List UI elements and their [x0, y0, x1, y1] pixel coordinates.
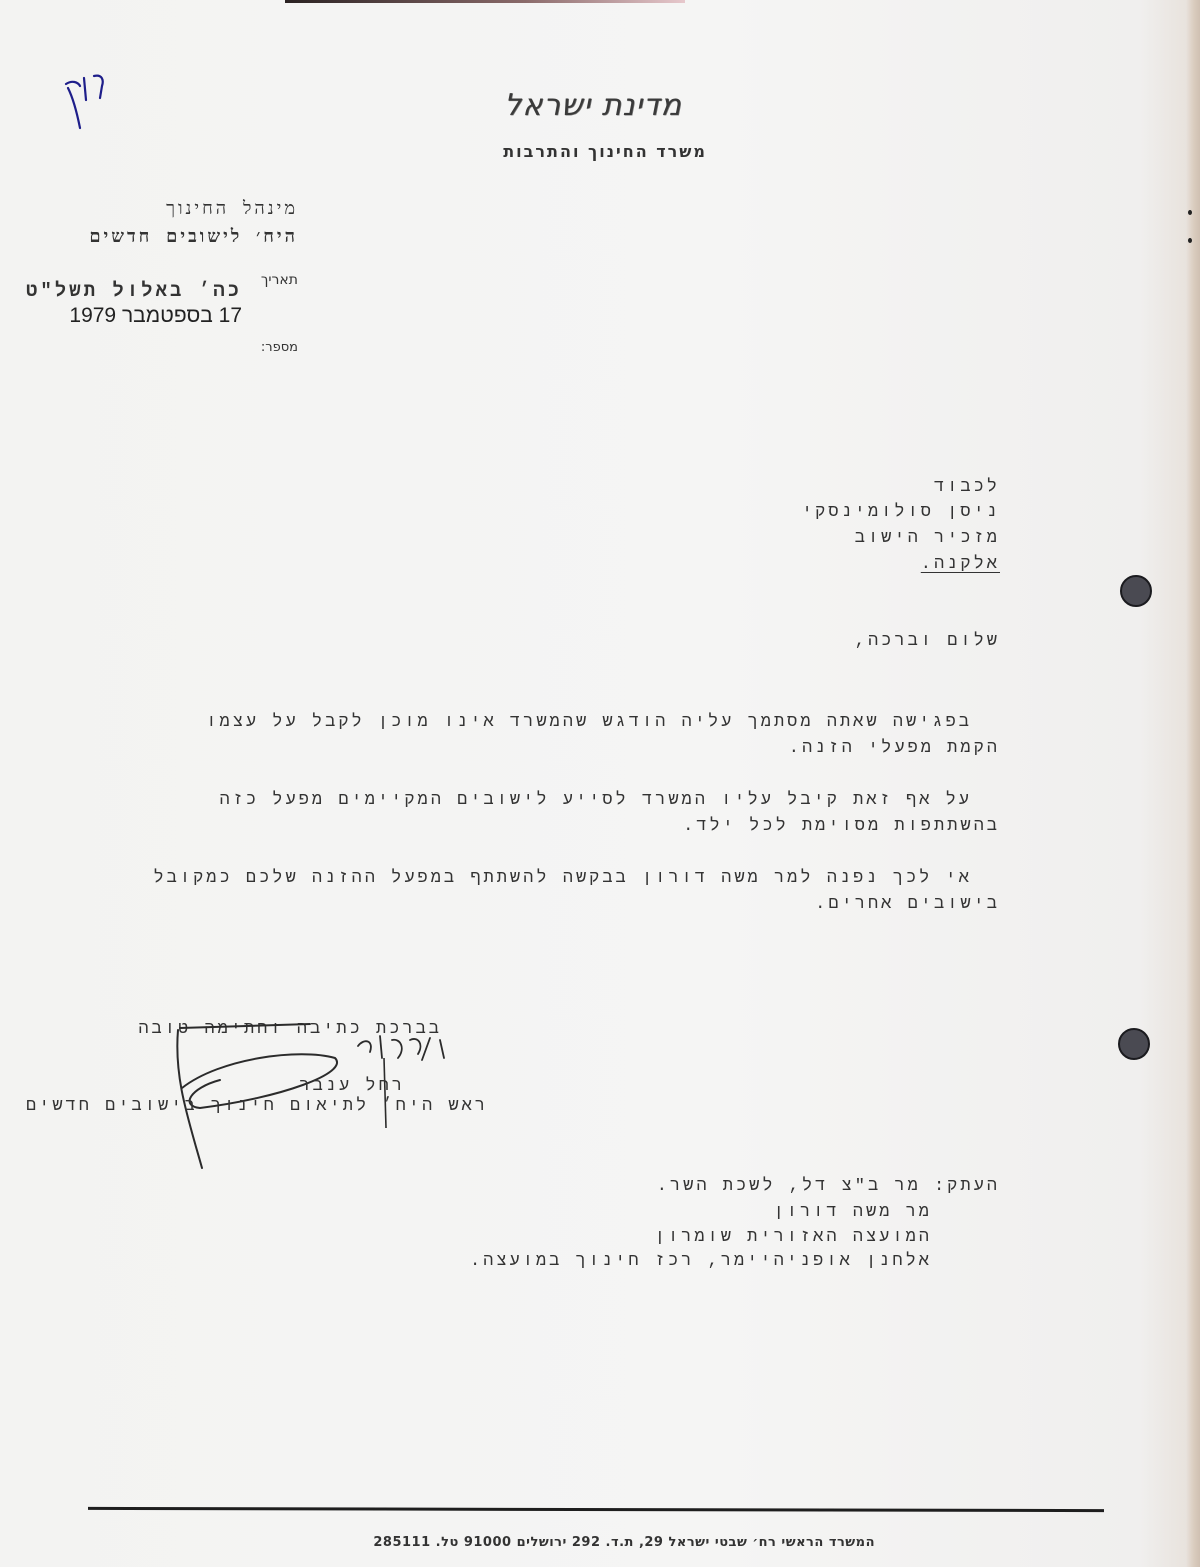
date-label: תאריך	[261, 272, 298, 288]
cc-line-1: העתק: מר ב"צ דל, לשכת השר.	[657, 1177, 1000, 1196]
cc-line-3: המועצה האזורית שומרון	[655, 1228, 1000, 1247]
letterhead-ministry: משרד החינוך והתרבות	[503, 142, 707, 161]
recipient-role: מזכיר הישוב	[855, 529, 1000, 548]
paragraph-text: בפגישה שאתה מסתמך עליה הודגש שהמשרד אינו…	[206, 713, 1000, 758]
recipient-place: אלקנה.	[921, 555, 1000, 574]
signer-title: ראש היח׳ לתיאום חינוך בישובים חדשים	[26, 1097, 488, 1116]
paragraph-text: אי לכך נפנה למר משה דורון בבקשה להשתתף ב…	[153, 869, 1000, 914]
cc-recipient: מר ב"צ דל, לשכת השר.	[657, 1177, 921, 1196]
body-paragraph-2: על אף זאת קיבל עליו המשרד לסייע לישובים …	[150, 788, 1000, 840]
body-paragraph-1: בפגישה שאתה מסתמך עליה הודגש שהמשרד אינו…	[150, 710, 1000, 762]
page-top-edge-shadow	[285, 0, 685, 3]
punch-hole-icon	[1120, 575, 1152, 607]
sender-department: מינהל החינוך	[166, 198, 298, 219]
scan-speck	[1188, 238, 1192, 243]
paragraph-text: על אף זאת קיבל עליו המשרד לסייע לישובים …	[220, 791, 1001, 836]
signer-name: רחל ענבר	[299, 1077, 405, 1096]
date-hebrew: כה׳ באלול תשל"ט	[26, 280, 242, 302]
scan-speck	[1188, 210, 1192, 215]
cc-recipient: אלחנן אופניהיימר, רכז חינוך במועצה.	[470, 1252, 932, 1271]
page-right-edge-shadow	[1186, 0, 1200, 1567]
body-paragraph-3: אי לכך נפנה למר משה דורון בבקשה להשתתף ב…	[150, 866, 1000, 918]
footer-divider	[88, 1507, 1104, 1512]
handwritten-mark-icon	[58, 72, 108, 142]
cc-recipient: מר משה דורון	[774, 1203, 932, 1222]
closing-line: בברכת כתיבה וחתימה טובה	[138, 1020, 442, 1039]
reference-number-label: מספר:	[261, 340, 298, 355]
cc-label: העתק:	[934, 1177, 1000, 1196]
recipient-salutation: לכבוד	[934, 478, 1000, 497]
date-gregorian: 17 בספטמבר 1979	[69, 304, 242, 328]
footer-address: המשרד הראשי רח׳ שבטי ישראל 29, ת.ד. 292 …	[373, 1535, 875, 1550]
scanned-letter-page: מדינת ישראל משרד החינוך והתרבות מינהל הח…	[0, 0, 1200, 1567]
recipient-name: ניסן סולומינסקי	[802, 503, 1000, 522]
greeting: שלום וברכה,	[855, 632, 1000, 651]
cc-line-4: אלחנן אופניהיימר, רכז חינוך במועצה.	[470, 1252, 1000, 1271]
sender-unit: היח׳ לישובים חדשים	[89, 226, 298, 247]
letterhead-state-title: מדינת ישראל	[504, 88, 682, 123]
cc-recipient: המועצה האזורית שומרון	[655, 1228, 932, 1247]
cc-line-2: מר משה דורון	[774, 1203, 1000, 1222]
punch-hole-icon	[1118, 1028, 1150, 1060]
